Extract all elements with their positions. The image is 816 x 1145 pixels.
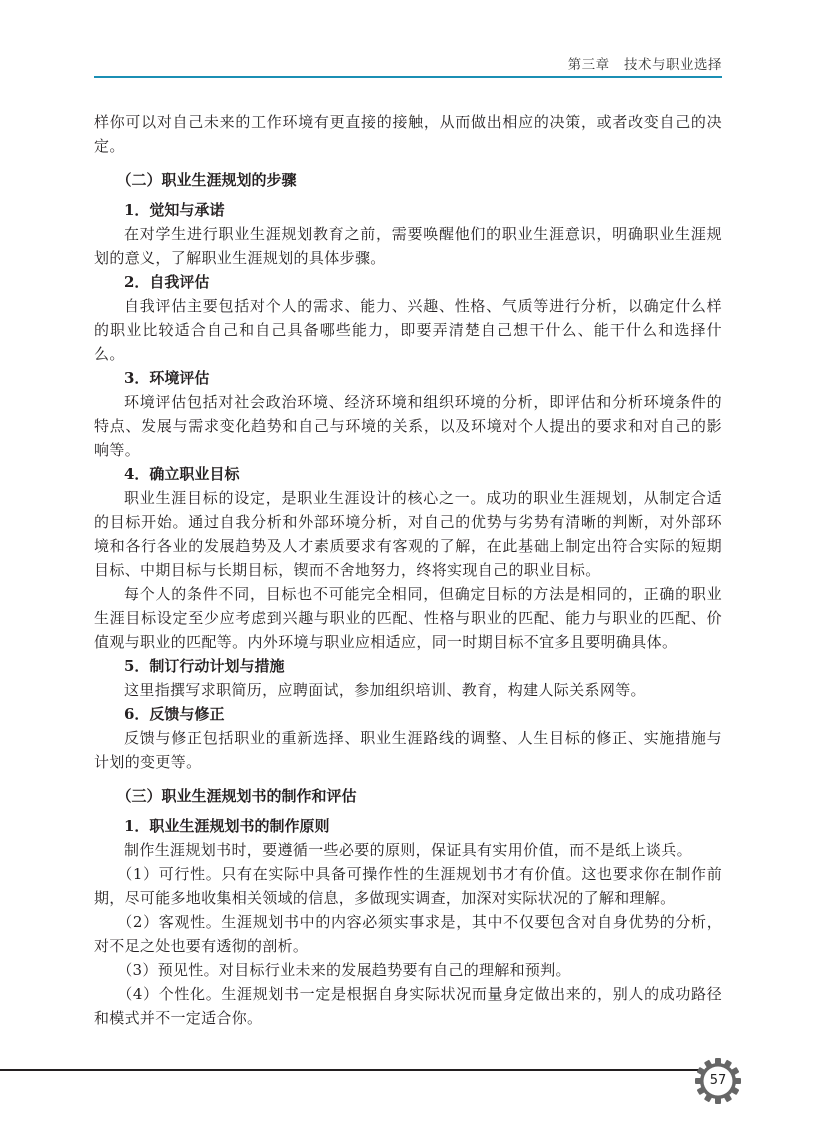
chapter-number: 第三章 (568, 57, 610, 73)
chapter-title: 第三章 技术与职业选择 (568, 56, 722, 74)
principles-intro: 制作生涯规划书时，要遵循一些必要的原则，保证具有实用价值，而不是纸上谈兵。 (94, 838, 722, 862)
step-6-paragraph: 反馈与修正包括职业的重新选择、职业生涯路线的调整、人生目标的修正、实施措施与计划… (94, 726, 722, 774)
step-2-paragraph: 自我评估主要包括对个人的需求、能力、兴趣、性格、气质等进行分析，以确定什么样的职… (94, 294, 722, 366)
step-3-paragraph: 环境评估包括对社会政治环境、经济环境和组织环境的分析，即评估和分析环境条件的特点… (94, 390, 722, 462)
page-body: 样你可以对自己未来的工作环境有更直接的接触，从而做出相应的决策，或者改变自己的决… (94, 110, 722, 1030)
running-header: 第三章 技术与职业选择 (94, 56, 722, 78)
step-1-paragraph: 在对学生进行职业生涯规划教育之前，需要唤醒他们的职业生涯意识，明确职业生涯规划的… (94, 222, 722, 270)
step-title-1: 1．觉知与承诺 (94, 198, 722, 222)
page-number: 57 (694, 1057, 742, 1105)
step-title-5: 5．制订行动计划与措施 (94, 654, 722, 678)
subsection-title-1: 1．职业生涯规划书的制作原则 (94, 814, 722, 838)
principle-1: （1）可行性。只有在实际中具备可操作性的生涯规划书才有价值。这也要求你在制作前期… (94, 862, 722, 910)
principle-2: （2）客观性。生涯规划书中的内容必须实事求是，其中不仅要包含对自身优势的分析，对… (94, 910, 722, 958)
principle-4: （4）个性化。生涯规划书一定是根据自身实际状况而量身定做出来的，别人的成功路径和… (94, 982, 722, 1030)
step-5-paragraph: 这里指撰写求职简历，应聘面试，参加组织培训、教育，构建人际关系网等。 (94, 678, 722, 702)
step-title-4: 4．确立职业目标 (94, 462, 722, 486)
step-title-2: 2．自我评估 (94, 270, 722, 294)
principle-3: （3）预见性。对目标行业未来的发展趋势要有自己的理解和预判。 (94, 958, 722, 982)
step-title-3: 3．环境评估 (94, 366, 722, 390)
header-rule (94, 76, 722, 78)
section-heading-2: （二）职业生涯规划的步骤 (94, 168, 722, 192)
continuation-paragraph: 样你可以对自己未来的工作环境有更直接的接触，从而做出相应的决策，或者改变自己的决… (94, 110, 722, 158)
chapter-name: 技术与职业选择 (624, 57, 722, 73)
page-number-badge: 57 (694, 1057, 742, 1105)
footer-rule (0, 1069, 700, 1071)
section-heading-3: （三）职业生涯规划书的制作和评估 (94, 784, 722, 808)
step-title-6: 6．反馈与修正 (94, 702, 722, 726)
step-4-paragraph-2: 每个人的条件不同，目标也不可能完全相同，但确定目标的方法是相同的，正确的职业生涯… (94, 582, 722, 654)
step-4-paragraph-1: 职业生涯目标的设定，是职业生涯设计的核心之一。成功的职业生涯规划，从制定合适的目… (94, 486, 722, 582)
